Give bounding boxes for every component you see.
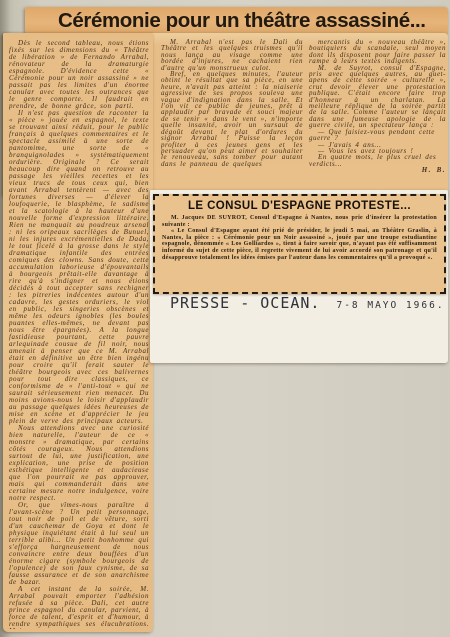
author-initials: H. B. [309,167,446,173]
paragraph: A cet instant de la soirée, M. Arrabal p… [9,586,149,629]
publication-name: PRESSE - OCEAN. [170,294,320,312]
article-column-1: Dès le second tableau, nous étions fixés… [9,40,149,629]
consul-box-statement: « Le Consul d'Espagne ayant été prié de … [162,228,437,261]
article-column-2: M. Arrabal n'est pas le Dali du Théâtre … [161,39,303,196]
paragraph: mercantis du « nouveau théâtre », boutiq… [309,39,446,65]
consul-box-title: LE CONSUL D'ESPAGNE PROTESTE... [162,200,437,212]
paragraph: Bref, en quelques minutes, l'auteur obti… [161,71,303,167]
newspaper-clipping-scan: Cérémonie pour un théâtre assassiné... D… [0,0,450,637]
dialogue-line: — Que faisiez-vous pendant cette guerre … [309,129,446,142]
paragraph: Il n'est pas question de raconter la « p… [9,110,149,425]
handwritten-annotation: PRESSE - OCEAN. 7-8 MAYO 1966. [170,294,445,312]
consul-protest-box: LE CONSUL D'ESPAGNE PROTESTE... M. Jacqu… [153,194,446,294]
consul-box-intro: M. Jacques DE SUYROT, Consul d'Espagne à… [162,215,437,228]
paragraph: M. de Suyrot, consul d'Espagne, pris ave… [309,65,446,129]
article-column-3: mercantis du « nouveau théâtre », boutiq… [309,39,446,196]
article-headline: Cérémonie pour un théâtre assassiné... [25,7,448,35]
publication-date: 7-8 MAYO 1966. [336,300,444,311]
paragraph: M. Arrabal n'est pas le Dali du Théâtre … [161,39,303,71]
paragraph: Or, que vîmes-nous paraître à l'avant-sc… [9,502,149,586]
headline-strip: Cérémonie pour un théâtre assassiné... [25,7,448,35]
paragraph: Dès le second tableau, nous étions fixés… [9,40,149,110]
paragraph: Nous attendions avec une curiosité bien … [9,425,149,502]
